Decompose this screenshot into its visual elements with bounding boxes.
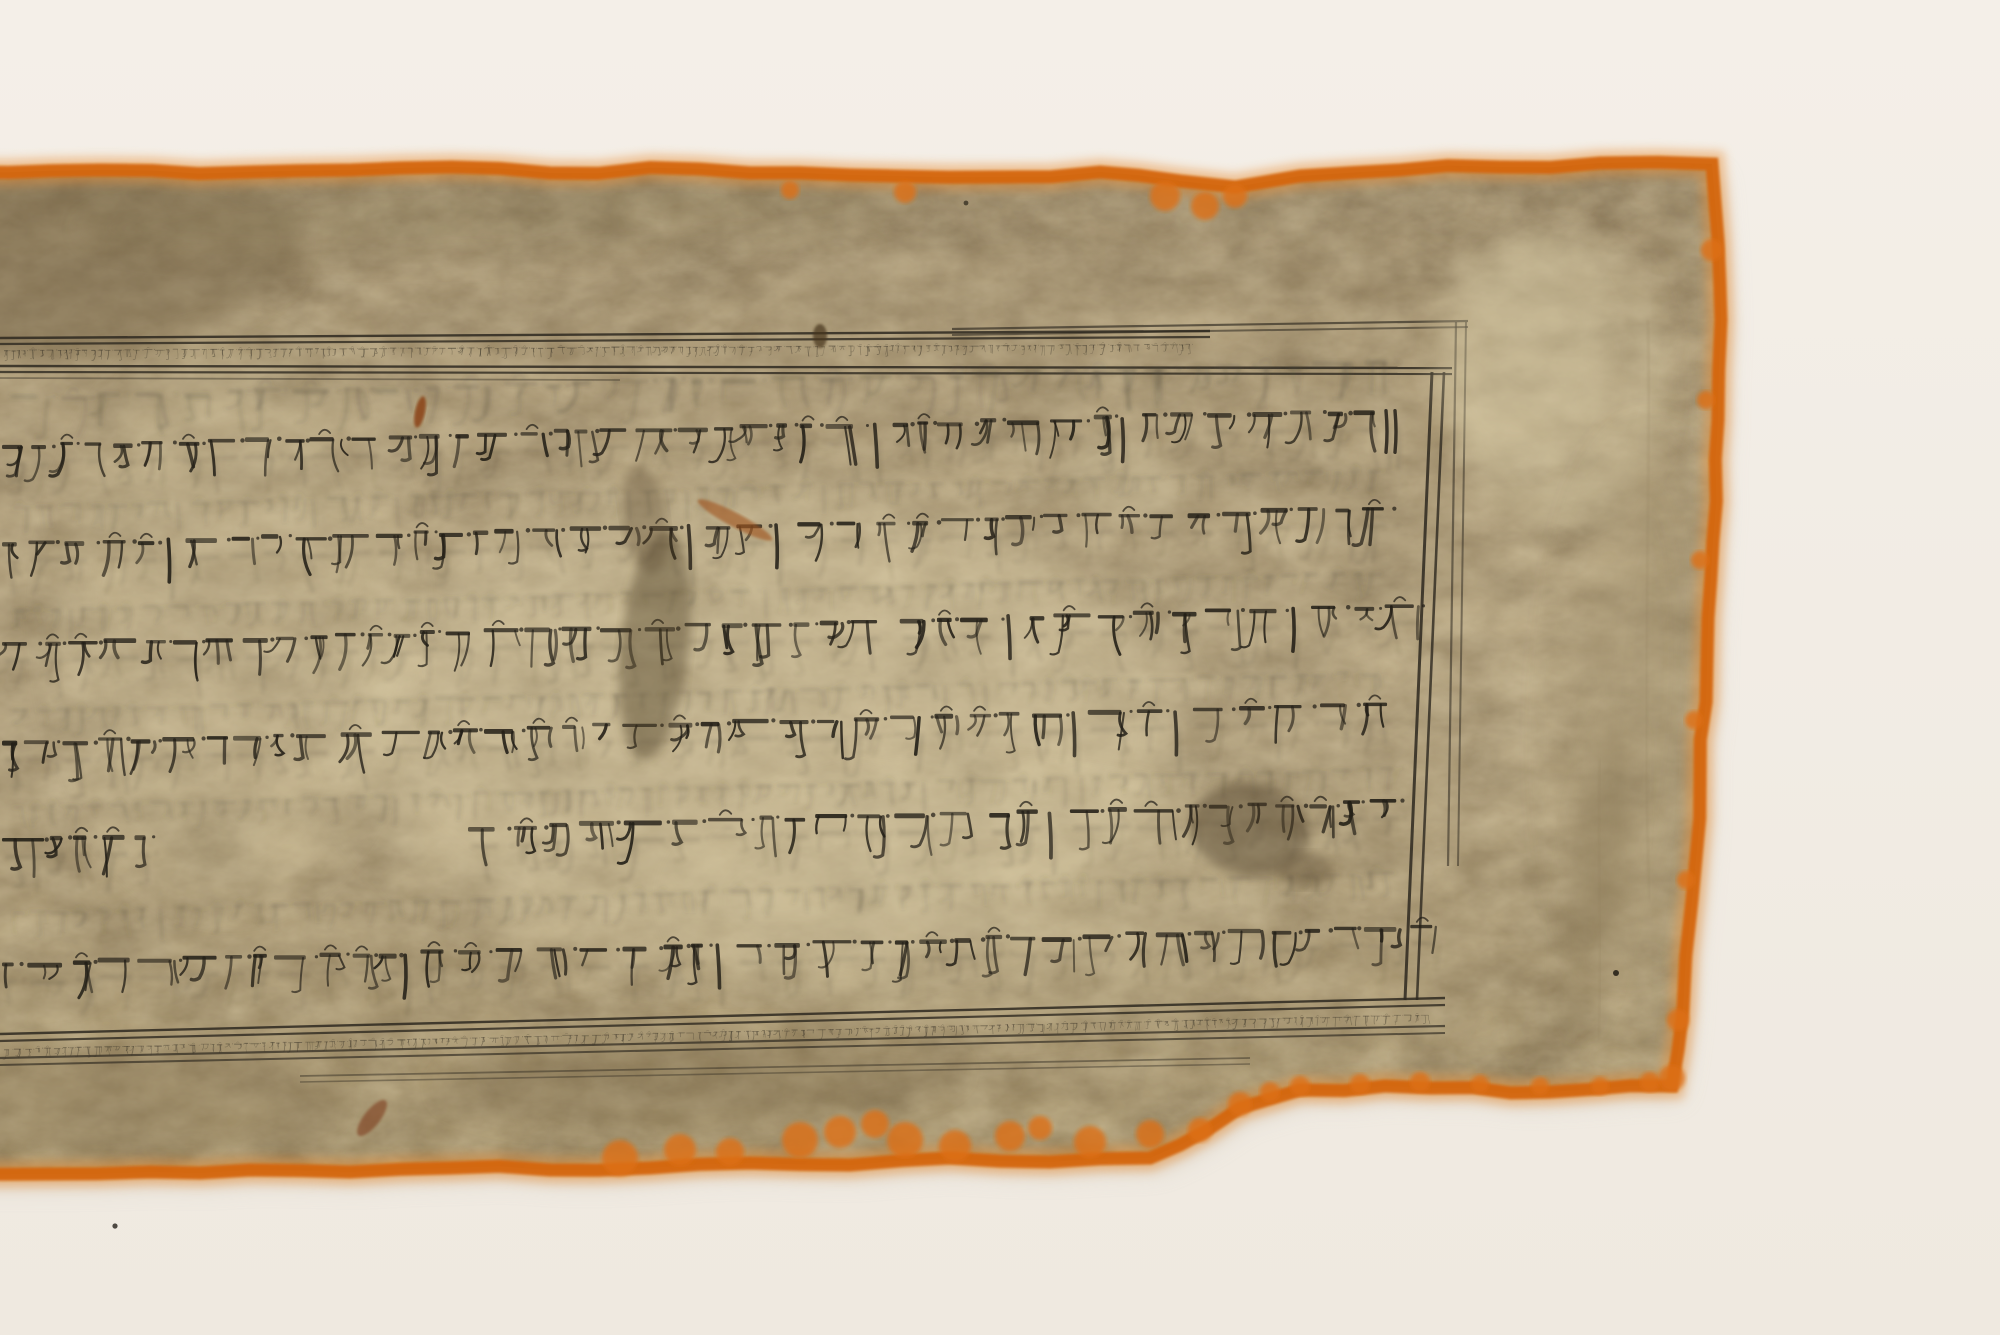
manuscript-photo (0, 0, 2000, 1335)
photo-stage: Photograph of a single Tibetan pothi (pe… (0, 0, 2000, 1335)
